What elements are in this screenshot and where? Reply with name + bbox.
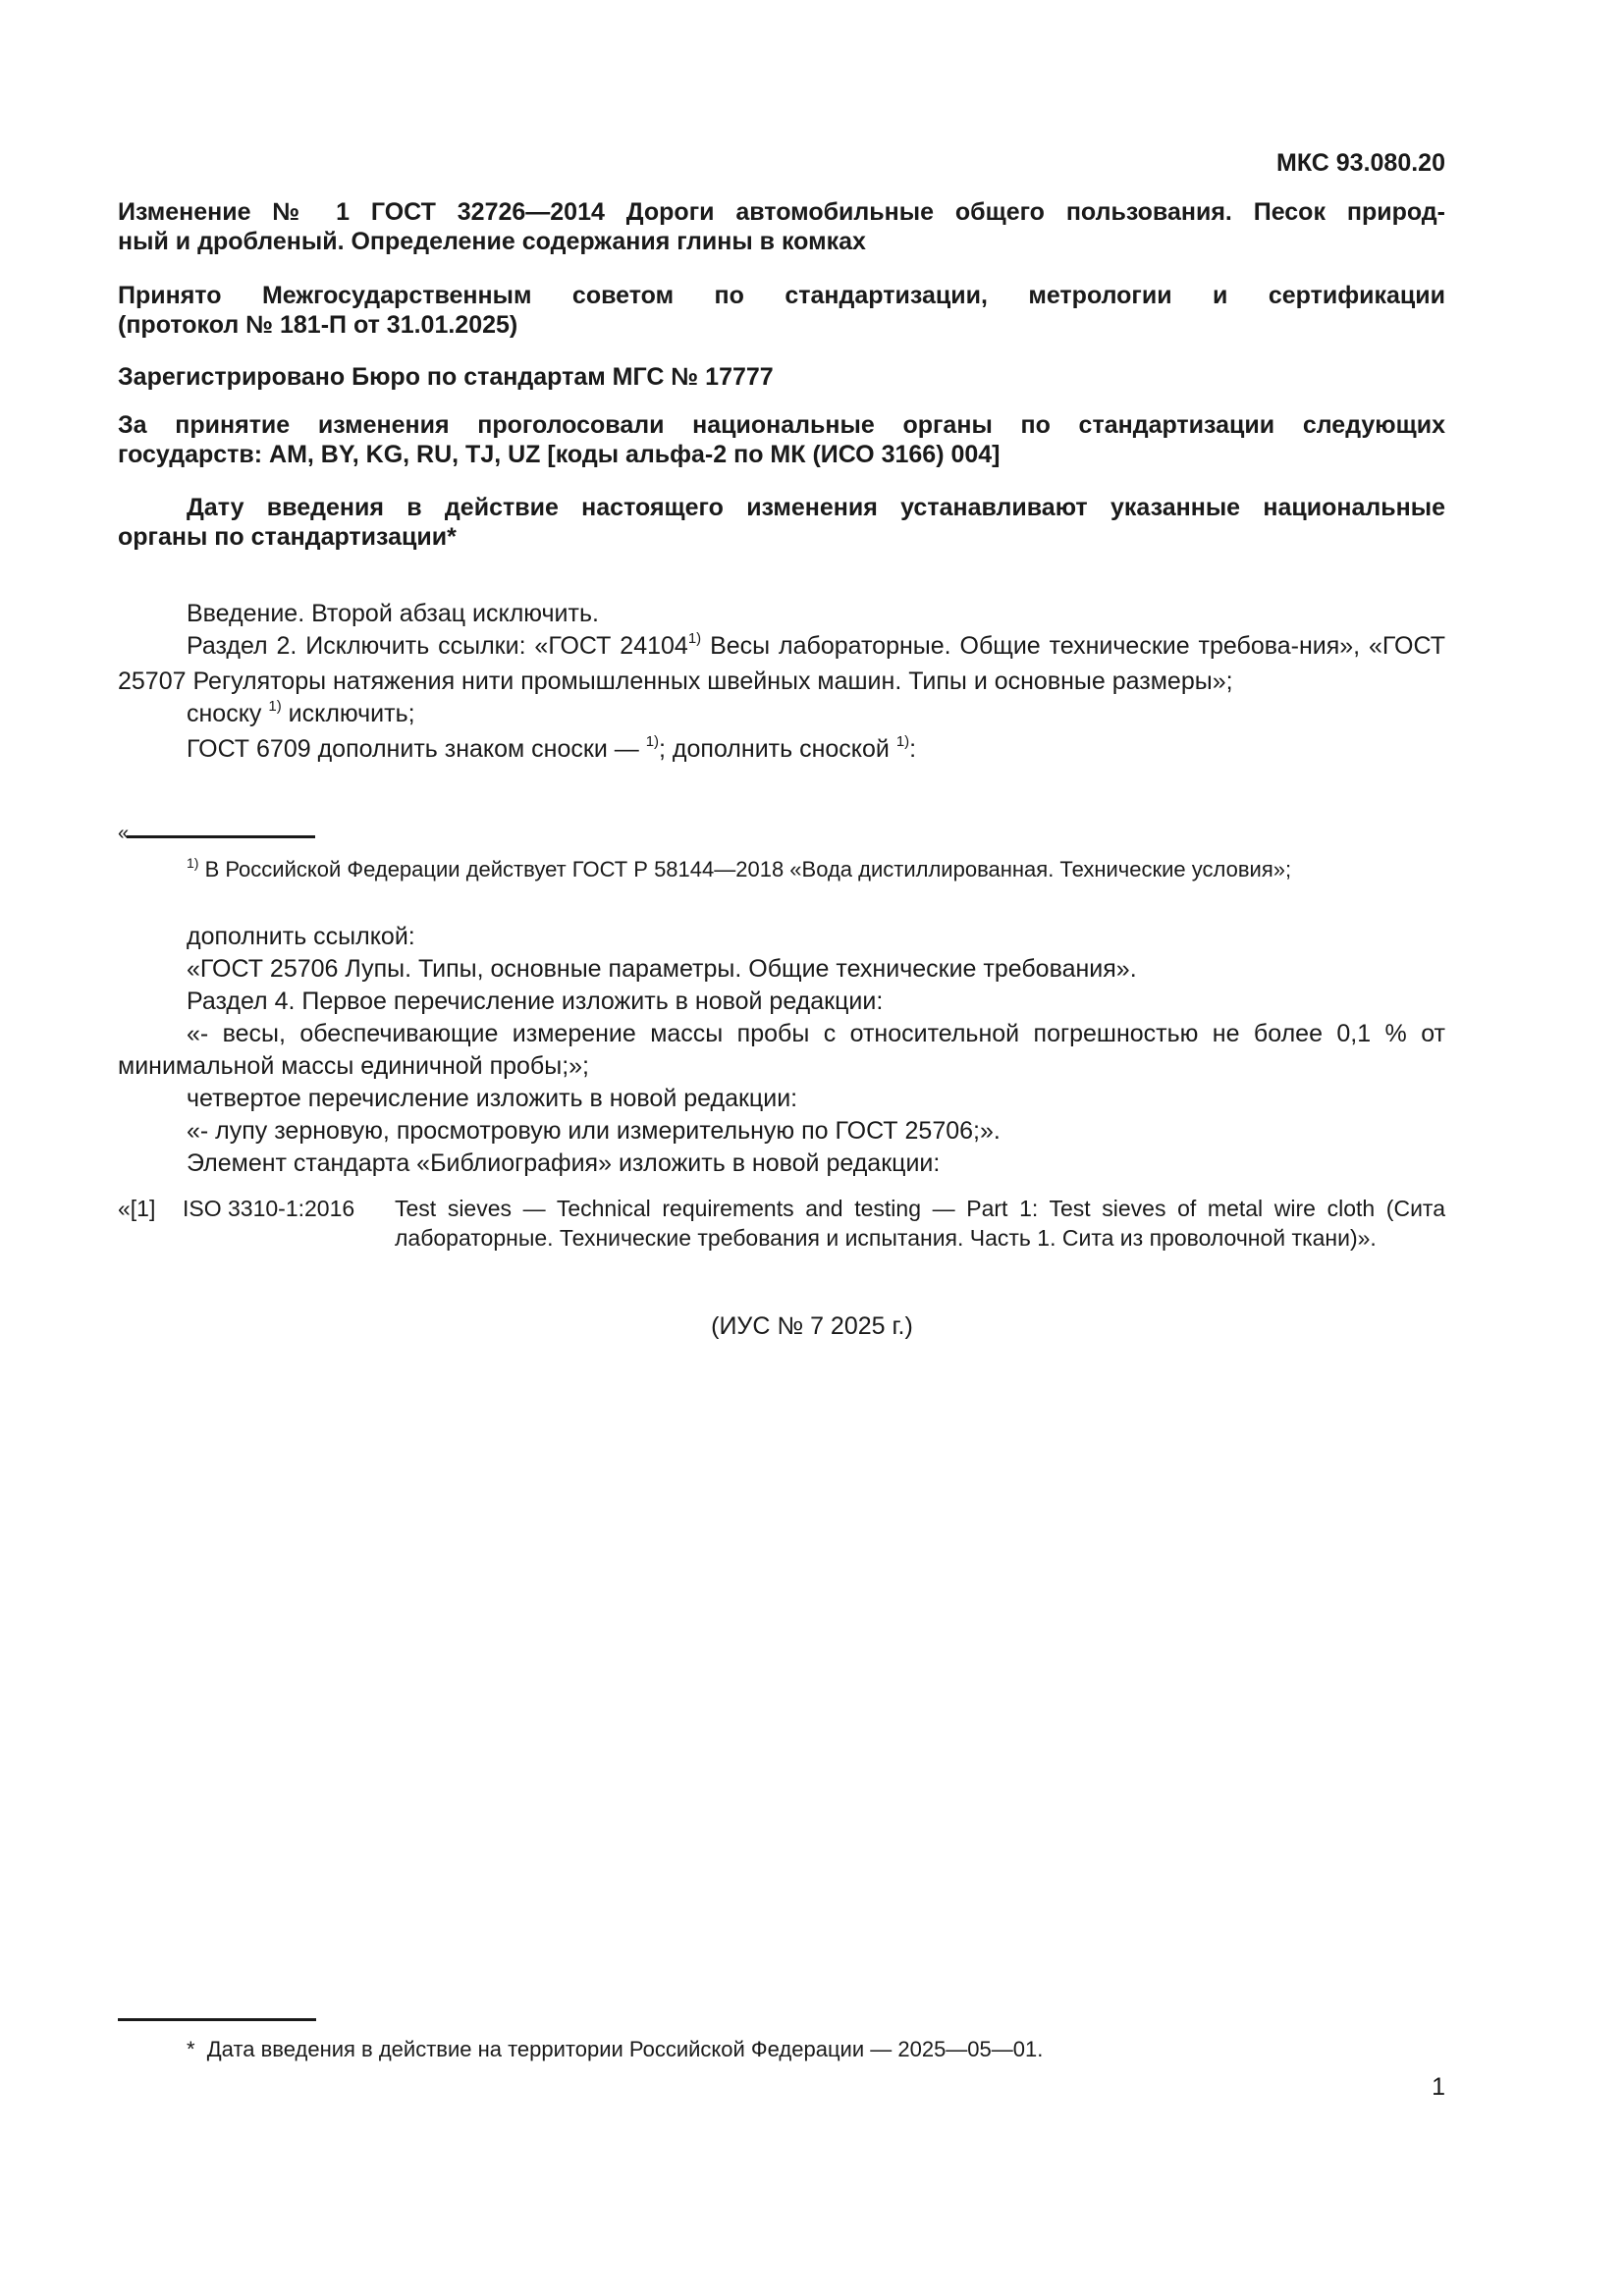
adopted-statement: Принято Межгосударственным советом по ст… (118, 281, 1445, 340)
effective-date-statement: Дату введения в действие настоящего изме… (118, 493, 1445, 552)
voted-line-2: государств: AM, BY, KG, RU, TJ, UZ [коды… (118, 440, 1445, 469)
amendment-title: Изменение № 1 ГОСТ 32726—2014 Дороги авт… (118, 197, 1445, 256)
bibliography-entry: «[1] ISO 3310-1:2016 Test sieves — Techn… (118, 1194, 1445, 1253)
paragraph-scales: «- весы, обеспечивающие измерение массы … (118, 1018, 1445, 1083)
adopted-line-1: Принято Межгосударственным советом по ст… (118, 281, 1445, 310)
paragraph-gost-25706: «ГОСТ 25706 Лупы. Типы, основные парамет… (118, 953, 1445, 986)
inserted-footnote-quote-mark: « (118, 823, 129, 845)
effective-line-2: органы по стандартизации* (118, 522, 1445, 552)
bibliography-number: «[1] (118, 1194, 183, 1253)
paragraph-fourth-item: четвертое перечисление изложить в новой … (118, 1083, 1445, 1115)
registered-statement: Зарегистрировано Бюро по стандартам МГС … (118, 362, 1445, 392)
classification-code: МКС 93.080.20 (1276, 149, 1445, 178)
ius-reference: (ИУС № 7 2025 г.) (0, 1312, 1624, 1341)
adopted-line-2: (протокол № 181-П от 31.01.2025) (118, 310, 1445, 340)
paragraph-magnifier: «- лупу зерновую, просмотровую или измер… (118, 1115, 1445, 1148)
effective-line-1: Дату введения в действие настоящего изме… (118, 493, 1445, 522)
amendment-body-part-2: дополнить ссылкой: «ГОСТ 25706 Лупы. Тип… (118, 921, 1445, 1180)
footnote-ref: 1) (646, 733, 659, 750)
amendment-title-line-1: Изменение № 1 ГОСТ 32726—2014 Дороги авт… (118, 197, 1445, 227)
paragraph-footnote-exclude: сноску 1) исключить; (118, 698, 1445, 733)
page-footnote: * Дата введения в действие на территории… (187, 2035, 1043, 2064)
voted-line-1: За принятие изменения проголосовали наци… (118, 410, 1445, 440)
footnote-ref: 1) (896, 733, 909, 750)
page-footnote-rule (118, 2018, 316, 2021)
paragraph-section-2: Раздел 2. Исключить ссылки: «ГОСТ 241041… (118, 630, 1445, 698)
paragraph-bibliography: Элемент стандарта «Библиография» изложит… (118, 1148, 1445, 1180)
paragraph-section-4: Раздел 4. Первое перечисление изложить в… (118, 986, 1445, 1018)
amendment-body-part-1: Введение. Второй абзац исключить. Раздел… (118, 598, 1445, 769)
bibliography-reference: ISO 3310-1:2016 (183, 1194, 395, 1253)
inserted-footnote-rule (127, 835, 315, 838)
paragraph-introduction: Введение. Второй абзац исключить. (118, 598, 1445, 630)
page-number: 1 (1432, 2073, 1445, 2102)
paragraph-gost-6709: ГОСТ 6709 дополнить знаком сноски — 1); … (118, 733, 1445, 769)
footnote-ref: 1) (688, 630, 701, 647)
voted-statement: За принятие изменения проголосовали наци… (118, 410, 1445, 469)
amendment-title-line-2: ный и дробленый. Определение содержания … (118, 227, 1445, 256)
bibliography-text: Test sieves — Technical requirements and… (395, 1194, 1445, 1253)
inserted-footnote: 1) В Российской Федерации действует ГОСТ… (187, 855, 1453, 886)
footnote-ref: 1) (268, 698, 281, 715)
paragraph-add-reference: дополнить ссылкой: (118, 921, 1445, 953)
